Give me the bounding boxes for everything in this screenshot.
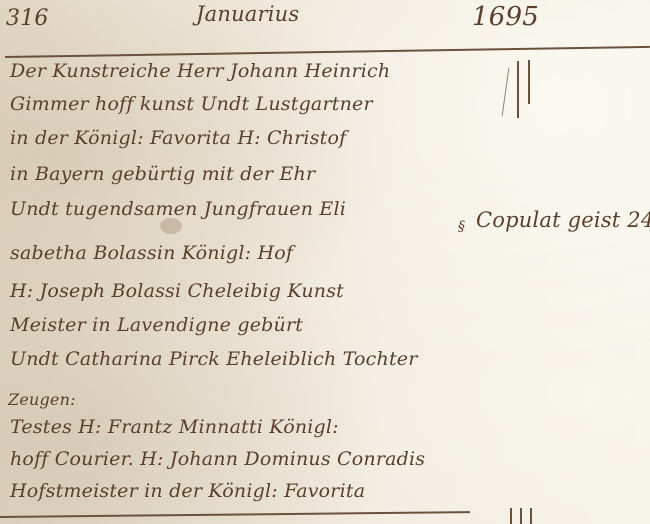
entry-line: Undt tugendsamen Jungfrauen Eli [10, 198, 346, 220]
margin-tally-mark [528, 60, 530, 104]
margin-marker: § [458, 219, 465, 235]
entry-line: Gimmer hoff kunst Undt Lustgartner [10, 93, 373, 115]
margin-tally-mark [502, 68, 510, 116]
entry-line: Meister in Lavendigne gebürt [10, 314, 303, 336]
margin-tally-mark [520, 508, 522, 524]
margin-tally-mark [517, 61, 519, 118]
entry-line: hoff Courier. H: Johann Dominus Conradis [10, 448, 425, 470]
header-rule [5, 46, 650, 58]
margin-tally-mark [530, 508, 532, 524]
page-number: 316 [6, 6, 49, 31]
margin-tally-mark [510, 508, 512, 524]
year-heading: 1695 [472, 2, 539, 32]
entry-line: H: Joseph Bolassi Cheleibig Kunst [10, 280, 344, 302]
entry-line: in Bayern gebürtig mit der Ehr [10, 163, 315, 185]
margin-note-copulati: Copulat geist 24. [476, 208, 650, 232]
manuscript-page: 316 Januarius 1695 Der Kunstreiche Herr … [0, 0, 650, 524]
entry-line: Undt Catharina Pirck Eheleiblich Tochter [10, 348, 418, 370]
entry-line: Testes H: Frantz Minnatti Königl: [10, 416, 339, 438]
entry-line: Zeugen: [8, 390, 76, 409]
month-heading: Januarius [196, 2, 299, 26]
entry-line: sabetha Bolassin Königl: Hof [10, 242, 293, 264]
entry-line: Hofstmeister in der Königl: Favorita [10, 480, 365, 502]
entry-separator-rule [0, 511, 470, 517]
ink-smudge [160, 218, 182, 234]
entry-line: Der Kunstreiche Herr Johann Heinrich [10, 60, 390, 82]
entry-line: in der Königl: Favorita H: Christof [10, 127, 346, 149]
